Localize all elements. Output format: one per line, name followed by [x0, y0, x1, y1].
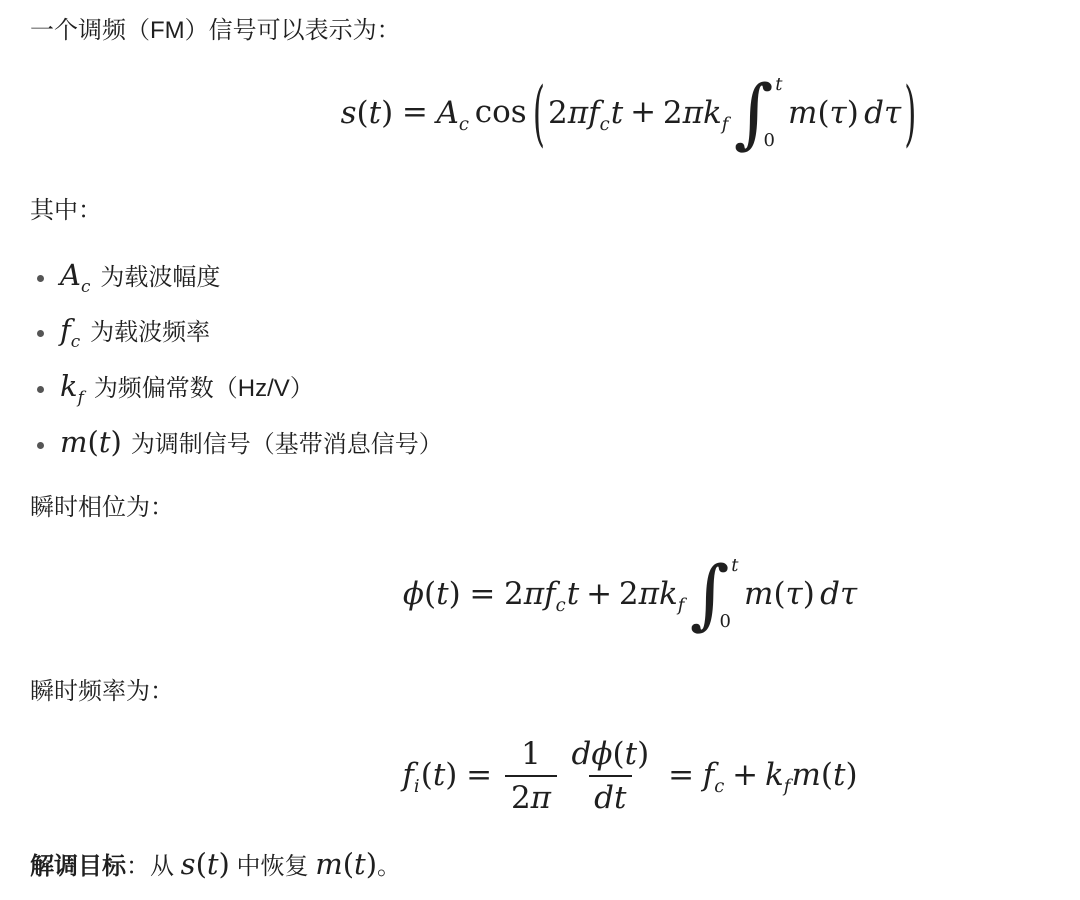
goal-text-after: 。	[377, 853, 401, 880]
math-token: t	[354, 847, 366, 881]
math-token: f	[60, 313, 71, 347]
math-token: cos	[475, 94, 527, 130]
bullet-text: 为载波频率	[90, 319, 210, 346]
instantaneous-frequency-formula: fi(t)=12πdϕ(t)dt=fc+kfm(t)	[30, 737, 1080, 816]
math-token: π	[683, 94, 703, 130]
math-token: A	[437, 94, 459, 130]
math-token: c	[81, 276, 90, 296]
math-token: (	[817, 94, 829, 130]
math-token: )	[449, 576, 461, 612]
integral-lower-limit: 0	[764, 132, 775, 150]
math-token: f	[722, 114, 729, 135]
math-token: m	[315, 847, 343, 881]
bullet-text: 为载波幅度	[100, 264, 220, 291]
math-token: π	[531, 780, 551, 816]
math-token: t	[99, 425, 111, 459]
math-token: c	[714, 776, 724, 797]
math-token: 2	[619, 576, 639, 612]
math-token: k	[703, 94, 722, 130]
integral-upper-limit: t	[775, 76, 782, 94]
bullet-math: Ac	[60, 258, 91, 292]
integral-lower-limit: 0	[720, 613, 731, 631]
inline-math-st: s(t)	[181, 847, 230, 881]
bullet-math: m(t)	[60, 425, 122, 459]
math-token: )	[445, 757, 457, 793]
math-token: t	[436, 576, 448, 612]
math-token: (	[773, 576, 785, 612]
math-token: m	[744, 576, 773, 612]
math-token: )	[637, 736, 649, 772]
math-token: )	[803, 576, 815, 612]
bullet-math: kf	[60, 369, 85, 403]
bullet-icon	[37, 386, 44, 393]
fraction-denominator: 2π	[505, 775, 556, 816]
math-token: τ	[786, 576, 803, 612]
math-token: (	[196, 847, 207, 881]
math-token: π	[639, 576, 659, 612]
math-token: +	[586, 576, 612, 612]
phase-formula: ϕ(t)=2πfct+2πkf∫t0m(τ)dτ	[30, 555, 1080, 636]
math-token: f	[784, 776, 791, 797]
math-token: c	[556, 595, 566, 616]
math-token: t	[433, 757, 445, 793]
math-token: t	[567, 576, 579, 612]
math-token: τ	[884, 94, 901, 130]
list-item: kf为频偏常数（Hz/V）	[30, 372, 1080, 406]
math-token: 2	[548, 94, 568, 130]
math-big-paren: )	[904, 80, 916, 151]
bullet-icon	[37, 442, 44, 449]
paragraph-where: 其中：	[30, 194, 1080, 228]
fraction-numerator: dϕ(t)	[566, 737, 655, 775]
math-token: s	[341, 94, 357, 130]
math-token: =	[466, 757, 492, 793]
bullet-icon	[37, 275, 44, 282]
math-token: d	[571, 736, 591, 772]
integral-limits: t0	[773, 74, 782, 155]
math-token: +	[630, 94, 656, 130]
math-token: )	[381, 94, 393, 130]
math-token: f	[544, 576, 555, 612]
paragraph-goal: 解调目标：从 s(t) 中恢复 m(t)。	[30, 850, 1080, 884]
bullet-icon	[37, 330, 44, 337]
math-token: t	[611, 94, 623, 130]
math-token: m	[792, 757, 821, 793]
math-token: ϕ	[403, 576, 424, 612]
math-token: τ	[840, 576, 857, 612]
math-token: π	[568, 94, 588, 130]
math-token: t	[833, 757, 845, 793]
math-token: k	[60, 369, 78, 403]
math-token: 1	[521, 736, 541, 772]
math-token: (	[424, 576, 436, 612]
math-token: c	[71, 331, 80, 351]
math-token: d	[864, 94, 884, 130]
math-token: (	[343, 847, 354, 881]
math-token: ϕ	[591, 736, 612, 772]
math-token: (	[357, 94, 369, 130]
math-token: s	[181, 847, 196, 881]
goal-colon: ：	[126, 853, 150, 880]
math-token: 2	[663, 94, 683, 130]
bullet-text: 为调制信号（基带消息信号）	[131, 431, 443, 458]
goal-label: 解调目标	[30, 853, 126, 880]
math-token: =	[469, 576, 495, 612]
goal-text-middle: 中恢复	[230, 853, 315, 880]
math-token: =	[402, 94, 428, 130]
math-big-paren: (	[533, 80, 545, 151]
math-token: +	[732, 757, 758, 793]
math-token: )	[366, 847, 377, 881]
math-token: )	[219, 847, 230, 881]
list-item: m(t)为调制信号（基带消息信号）	[30, 428, 1080, 462]
integral-upper-limit: t	[731, 557, 738, 575]
math-token: f	[588, 94, 599, 130]
goal-text-before: 从	[150, 853, 181, 880]
math-token: (	[612, 736, 624, 772]
math-token: 2	[511, 780, 531, 816]
bullet-text: 为频偏常数（Hz/V）	[94, 375, 314, 402]
math-fraction: 12π	[505, 737, 556, 816]
math-token: )	[110, 425, 121, 459]
paragraph-freq-intro: 瞬时频率为：	[30, 675, 1080, 709]
paragraph-phase-intro: 瞬时相位为：	[30, 491, 1080, 525]
math-token: π	[524, 576, 544, 612]
list-item: fc为载波频率	[30, 316, 1080, 350]
math-token: (	[88, 425, 99, 459]
math-token: t	[369, 94, 381, 130]
bullet-math: fc	[60, 313, 81, 347]
math-token: =	[668, 757, 694, 793]
math-token: τ	[830, 94, 847, 130]
math-token: t	[625, 736, 637, 772]
math-token: (	[821, 757, 833, 793]
math-token: 2	[504, 576, 524, 612]
math-token: k	[659, 576, 678, 612]
math-integral: ∫t0	[690, 555, 739, 636]
math-token: m	[60, 425, 88, 459]
math-fraction: dϕ(t)dt	[566, 737, 655, 816]
math-token: (	[421, 757, 433, 793]
math-token: A	[60, 258, 81, 292]
fraction-numerator: 1	[516, 737, 547, 775]
document-body: 一个调频（FM）信号可以表示为： s(t)=Accos(2πfct+2πkf∫t…	[0, 0, 1080, 884]
math-token: f	[703, 757, 714, 793]
math-token: i	[414, 776, 420, 797]
integral-limits: t0	[729, 555, 738, 636]
math-token: t	[614, 780, 626, 816]
math-token: )	[847, 94, 859, 130]
math-token: f	[78, 387, 84, 407]
math-integral: ∫t0	[734, 74, 783, 155]
math-token: c	[459, 114, 469, 135]
math-token: t	[207, 847, 219, 881]
math-token: f	[402, 757, 413, 793]
math-token: d	[594, 780, 614, 816]
math-token: c	[600, 114, 610, 135]
fraction-denominator: dt	[589, 775, 632, 816]
paragraph-intro: 一个调频（FM）信号可以表示为：	[30, 14, 1080, 48]
math-token: m	[788, 94, 817, 130]
inline-math-mt: m(t)	[315, 847, 377, 881]
math-token: d	[820, 576, 840, 612]
math-token: k	[765, 757, 784, 793]
symbol-definition-list: Ac为载波幅度 fc为载波频率 kf为频偏常数（Hz/V） m(t)为调制信号（…	[30, 261, 1080, 461]
list-item: Ac为载波幅度	[30, 261, 1080, 295]
math-token: )	[845, 757, 857, 793]
math-token: f	[678, 595, 685, 616]
fm-signal-formula: s(t)=Accos(2πfct+2πkf∫t0m(τ)dτ)	[30, 74, 1080, 155]
